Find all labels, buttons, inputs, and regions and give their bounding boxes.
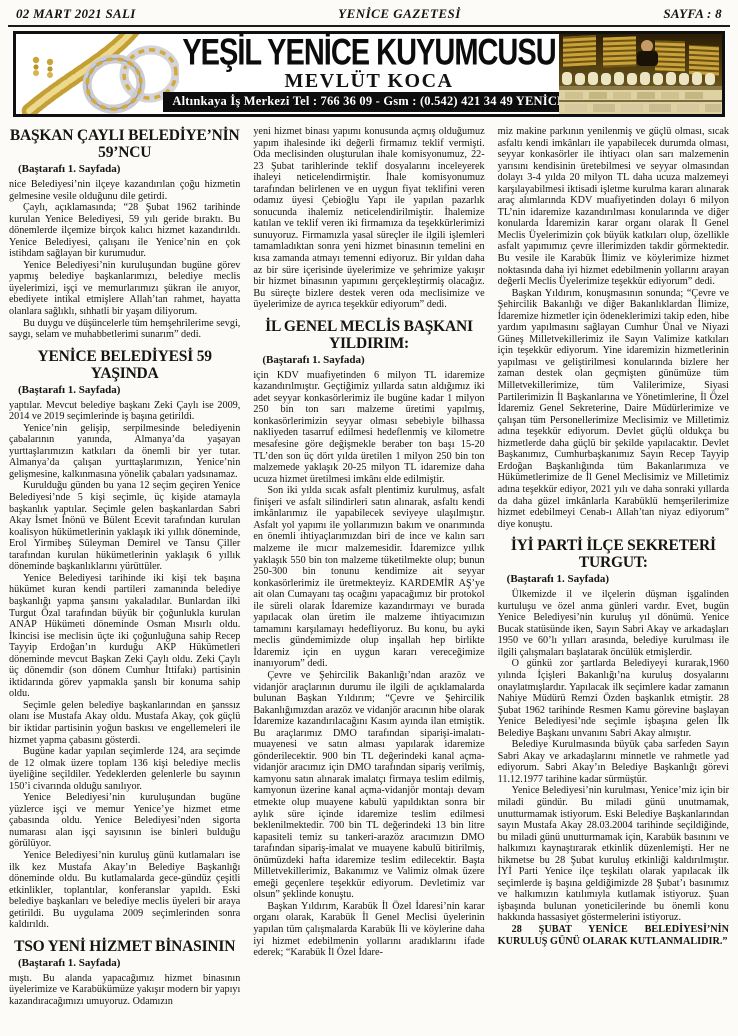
ad-title: YEŞİL YENİCE KUYUMCUSU	[182, 31, 555, 75]
newspaper-page: 02 MART 2021 SALI YENİCE GAZETESİ SAYFA …	[0, 0, 738, 1036]
article-columns: BAŞKAN ÇAYLI BELEDİYE’NİN 59’NCU (Baştar…	[0, 122, 738, 1036]
column-1: BAŞKAN ÇAYLI BELEDİYE’NİN 59’NCU (Baştar…	[9, 126, 240, 1036]
article-paragraph: Yenice Belediyesi’nin kurulması, Yenice’…	[498, 785, 729, 924]
article-paragraph: Yenice Belediyesi’nin kuruluşundan bugün…	[9, 260, 240, 318]
article-headline-yildirim: İL GENEL MECLİS BAŞKANI YILDIRIM:	[253, 318, 484, 352]
article-paragraph: Yenice Belediyesi tarihinde iki kişi tek…	[9, 573, 240, 700]
article-paragraph: Çaylı, açıklamasında; “28 Şubat 1962 tar…	[9, 202, 240, 260]
article-paragraph: Bugüne kadar yapılan seçimlerde 124, ara…	[9, 746, 240, 792]
continued-from-note: (Baştarafı 1. Sayfada)	[9, 957, 240, 970]
article-paragraph: Bu duygu ve düşüncelerle tüm hemşehriler…	[9, 318, 240, 341]
article-headline-belediye59: YENİCE BELEDİYESİ 59 YAŞINDA	[9, 348, 240, 382]
continued-from-note: (Baştarafı 1. Sayfada)	[9, 384, 240, 397]
shop-photo	[559, 34, 722, 114]
jewelry-photo	[16, 34, 179, 114]
shelf-edge	[559, 86, 722, 90]
ad-contact-bar: Altınkaya İş Merkezi Tel : 766 36 09 - G…	[163, 92, 574, 112]
article-paragraph: Son iki yılda sıcak asfalt plentimiz kur…	[253, 485, 484, 670]
masthead: 02 MART 2021 SALI YENİCE GAZETESİ SAYFA …	[0, 0, 738, 24]
article-headline-tso: TSO YENİ HİZMET BİNASININ	[9, 938, 240, 955]
masthead-page-number: SAYFA : 8	[663, 6, 722, 22]
continued-from-note: (Baştarafı 1. Sayfada)	[253, 354, 484, 367]
article-paragraph: Çevre ve Şehircilik Bakanlığı’ndan arazö…	[253, 670, 484, 901]
article-paragraph: Ülkemizde il ve ilçelerin düşman işgalin…	[498, 589, 729, 658]
article-paragraph: Başkan Yıldırım, Karabük İl Özel İdaresi…	[253, 901, 484, 959]
column-3: miz makine parkının yenilenmiş ve güçlü …	[498, 126, 729, 1036]
column-2: yeni hizmet binası yapımı konusunda açmı…	[253, 126, 484, 1036]
article-paragraph: Yenice Belediyesi’nin kuruluş günü kutla…	[9, 850, 240, 931]
article-paragraph: yeni hizmet binası yapımı konusunda açmı…	[253, 126, 484, 311]
article-paragraph: mıştı. Bu alanda yapacağımız hizmet bina…	[9, 973, 240, 1008]
article-headline-cayli: BAŞKAN ÇAYLI BELEDİYE’NİN 59’NCU	[9, 127, 240, 161]
article-paragraph: Seçimle gelen belediye başkanlarından en…	[9, 700, 240, 746]
article-paragraph: nice Belediyesi’nin ilçeye kazandırılan …	[9, 179, 240, 202]
article-paragraph: Başkan Yıldırım, konuşmasının sonunda; “…	[498, 288, 729, 530]
article-paragraph: Belediye Kurulmasında büyük çaba sarfede…	[498, 739, 729, 785]
masthead-date: 02 MART 2021 SALI	[16, 6, 136, 22]
jeweler-ad-banner: YEŞİL YENİCE KUYUMCUSU MEVLÜT KOCA Altın…	[13, 31, 725, 117]
bottom-shelf	[559, 90, 722, 114]
masthead-rule	[8, 25, 730, 27]
masthead-title: YENİCE GAZETESİ	[338, 6, 461, 22]
ad-text-block: YEŞİL YENİCE KUYUMCUSU MEVLÜT KOCA Altın…	[179, 34, 559, 114]
article-paragraph: O günkü zor şartlarda Belediyeyi kurarak…	[498, 658, 729, 739]
article-paragraph: için KDV muafiyetinden 6 milyon TL idare…	[253, 370, 484, 485]
continued-from-note: (Baştarafı 1. Sayfada)	[9, 163, 240, 176]
article-paragraph: yaptılar. Mevcut belediye başkanı Zeki Ç…	[9, 400, 240, 423]
jewelry-illustration	[16, 34, 179, 114]
continued-from-note: (Baştarafı 1. Sayfada)	[498, 573, 729, 586]
article-paragraph: Yenice’nin gelişip, serpilmesinde beledi…	[9, 423, 240, 481]
shop-interior-illustration	[559, 34, 722, 114]
article-headline-turgut: İYİ PARTİ İLÇE SEKRETERİ TURGUT:	[498, 537, 729, 571]
article-paragraph: Kurulduğu günden bu yana 12 seçim geçire…	[9, 480, 240, 572]
article-paragraph: miz makine parkının yenilenmiş ve güçlü …	[498, 126, 729, 288]
article-closing-statement: 28 ŞUBAT YENİCE BELEDİYESİ’NİN KURULUŞ G…	[498, 924, 729, 947]
article-paragraph: Yenice Belediyesi’nin kuruluşundan bugün…	[9, 792, 240, 850]
